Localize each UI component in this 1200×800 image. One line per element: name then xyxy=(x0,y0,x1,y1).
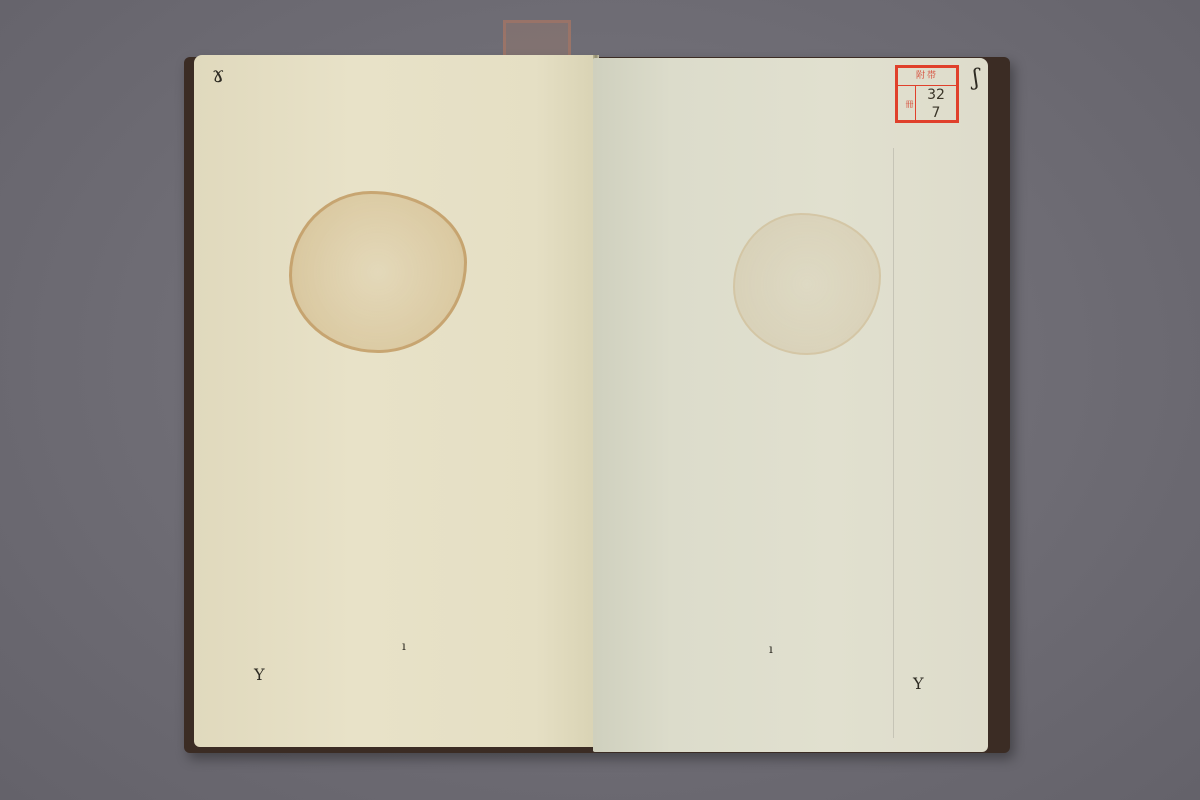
bottom-mark-right: Y xyxy=(913,676,924,692)
water-stain-right xyxy=(733,213,881,355)
open-book: ɤ Y ı 附帯 冊 32 7 ʃ Y ı xyxy=(190,55,1005,755)
corner-mark-left: ɤ xyxy=(212,65,224,87)
bottom-mark-left: Y xyxy=(254,667,265,683)
stamp-number-bottom: 7 xyxy=(916,104,956,122)
speck: ı xyxy=(769,643,773,655)
ruled-line xyxy=(893,148,894,738)
library-stamp: 附帯 冊 32 7 xyxy=(895,65,959,123)
corner-mark-right: ʃ xyxy=(973,68,979,90)
left-page: ɤ Y ı xyxy=(194,55,596,747)
stamp-header: 附帯 xyxy=(898,68,956,86)
stamp-side-label: 冊 xyxy=(898,86,916,122)
stamp-number-top: 32 xyxy=(916,86,956,104)
water-stain-left xyxy=(289,191,467,353)
speck: ı xyxy=(402,640,406,652)
right-page: 附帯 冊 32 7 ʃ Y ı xyxy=(593,58,988,752)
